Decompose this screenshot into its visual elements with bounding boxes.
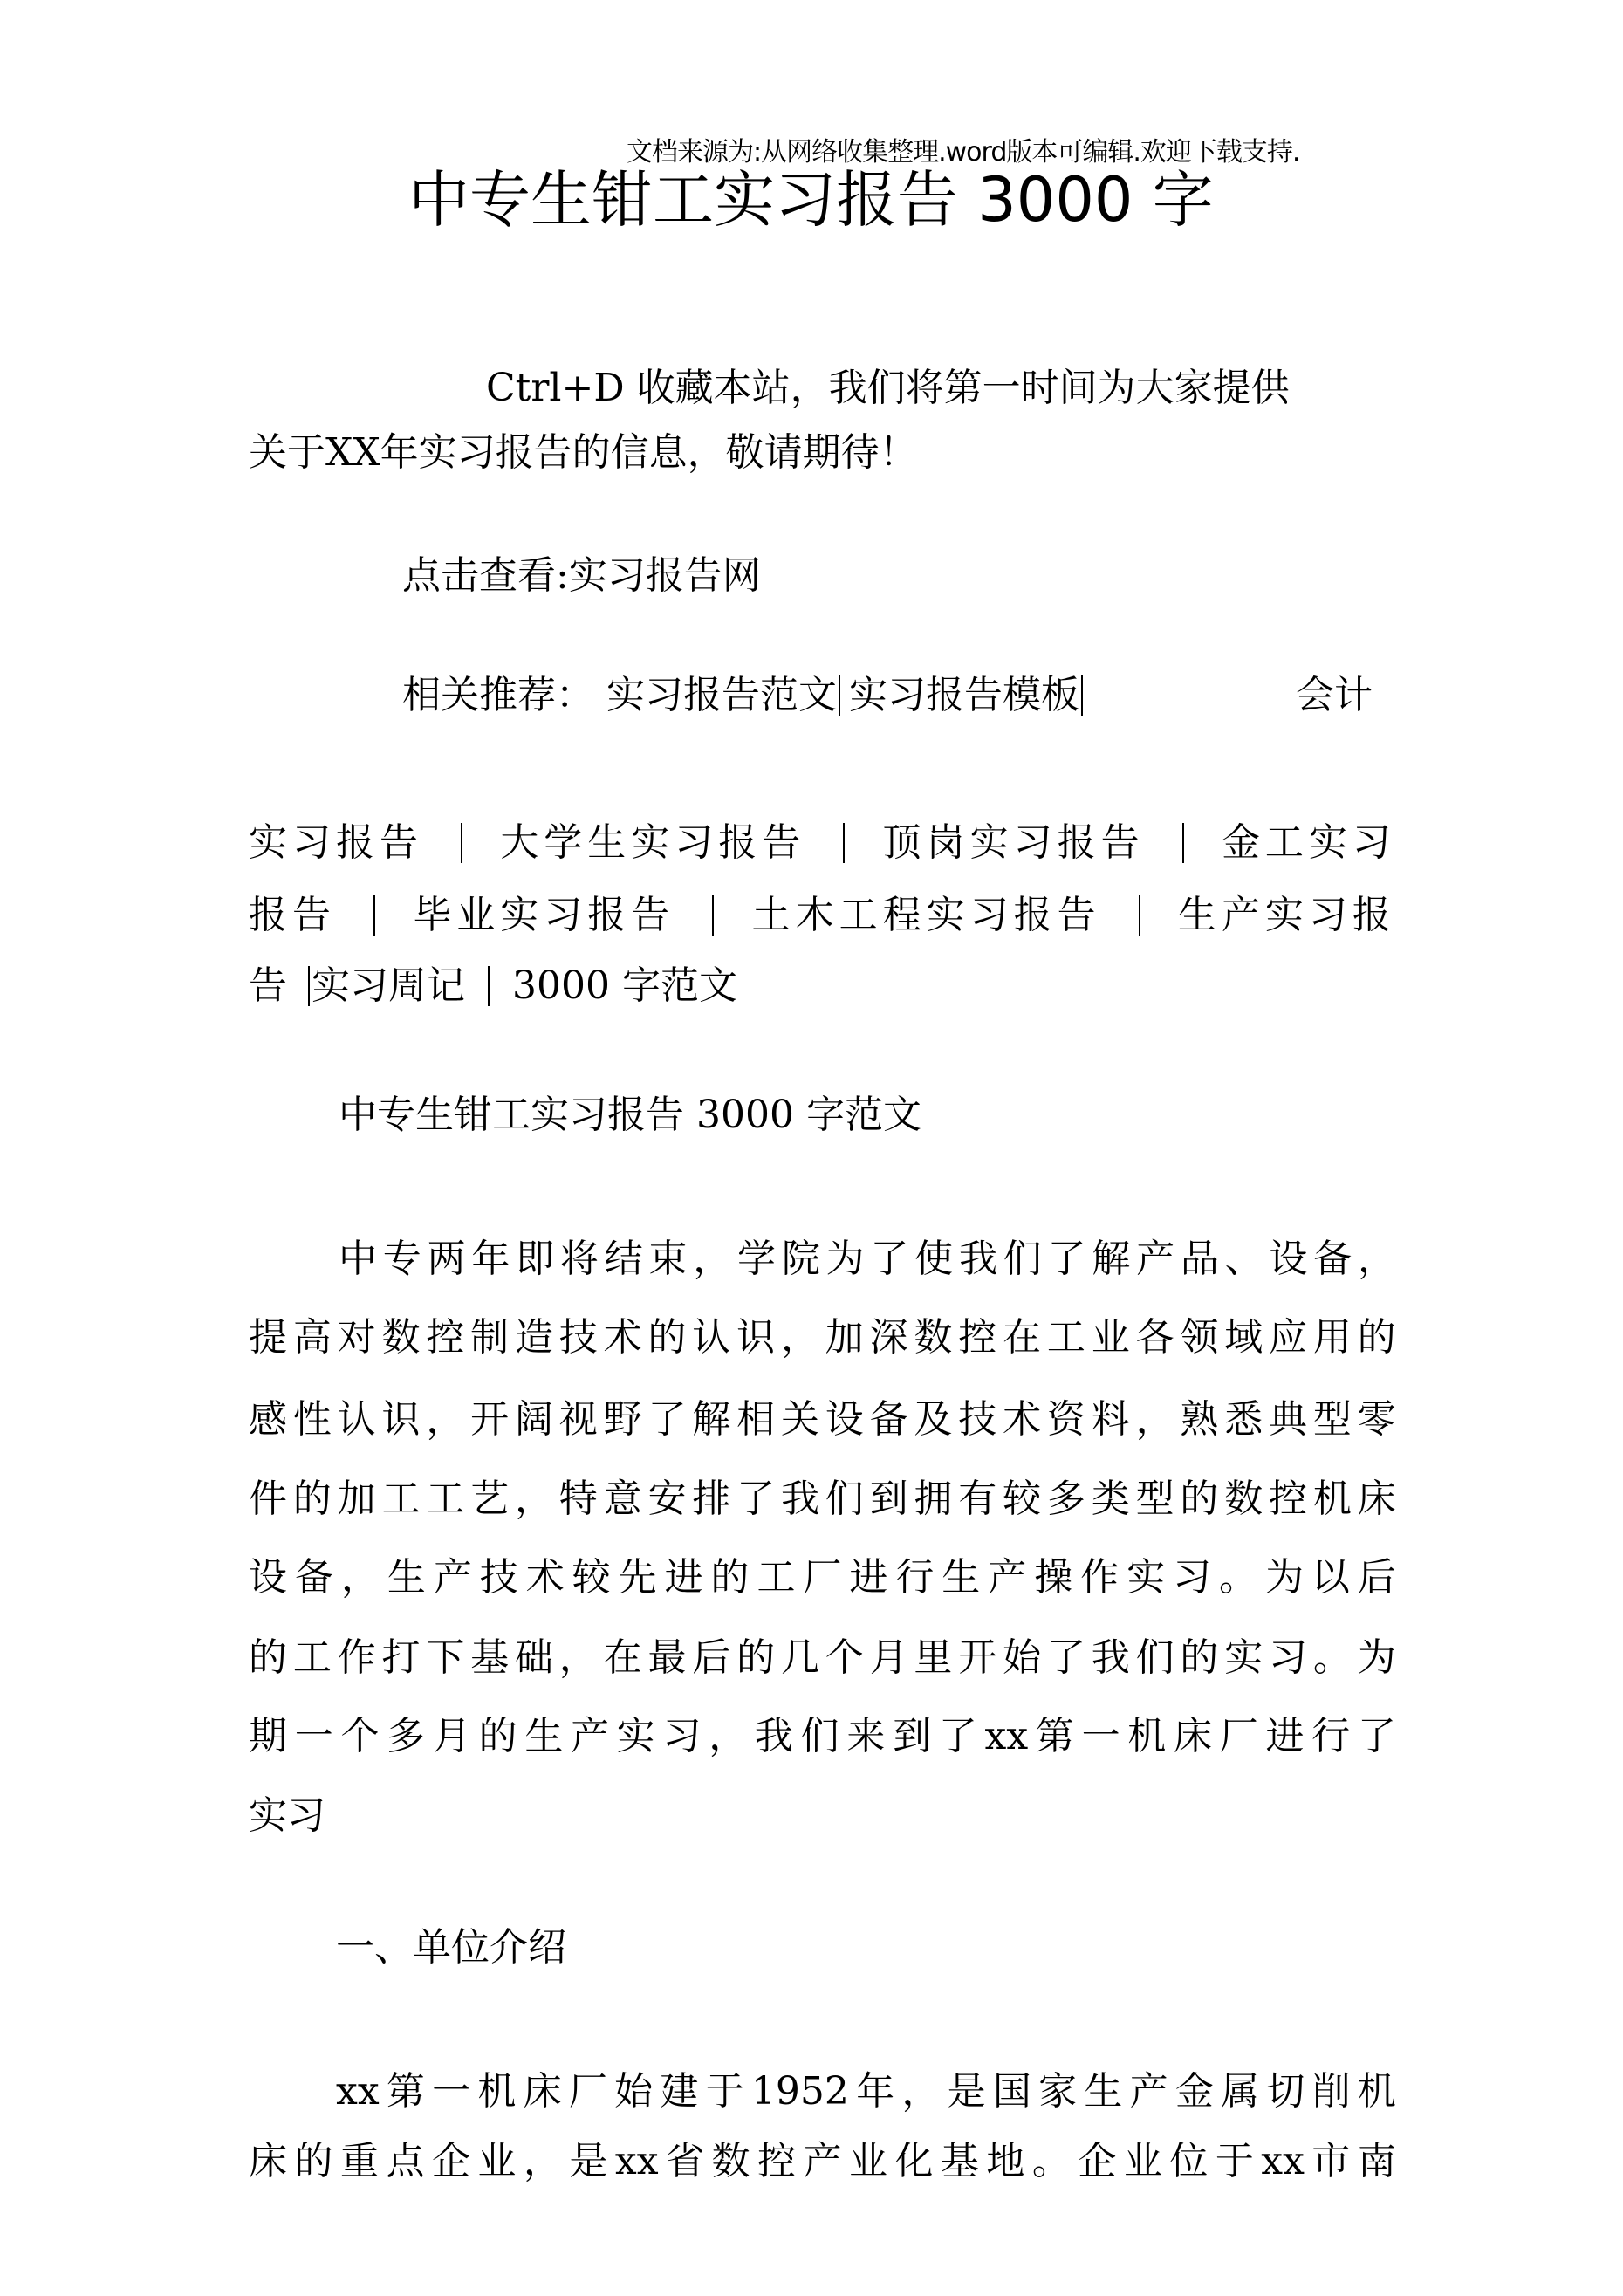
related-link-metalwork-part1[interactable]: 金工实习 — [1222, 817, 1396, 869]
separator — [843, 823, 845, 863]
document-page: 文档来源为:从网络收集整理.word版本可编辑.欢迎下载支持. 中专生钳工实习报… — [0, 0, 1623, 2296]
related-link-3000-word-samples[interactable]: 3000 字范文 — [512, 960, 737, 1012]
related-link-production-part2[interactable]: 告 — [249, 960, 287, 1012]
related-row-4: 告 实习周记 3000 字范文 — [249, 960, 737, 1012]
paragraph-line: 提高对数控制造技术的认识，加深数控在工业各领域应用的 — [249, 1312, 1396, 1364]
document-title: 中专生钳工实习报告 3000 字 — [408, 162, 1229, 237]
separator — [373, 895, 375, 936]
essay-heading: 中专生钳工实习报告 3000 字范文 — [339, 1089, 921, 1141]
related-link-production-part1[interactable]: 生产实习报 — [1178, 889, 1396, 942]
related-link-college-student[interactable]: 大学生实习报告 — [500, 817, 805, 869]
section-heading-unit-intro: 一、单位介绍 — [336, 1922, 566, 1974]
related-link-report-templates[interactable]: 实习报告模板 — [849, 669, 1079, 722]
separator — [1081, 675, 1083, 716]
internship-report-site-link[interactable]: 实习报告网 — [569, 553, 761, 598]
related-row-3: 报告 毕业实习报告 土木工程实习报告 生产实习报 — [249, 889, 1396, 942]
paragraph-line: 感性认识，开阔视野了解相关设备及技术资料，熟悉典型零 — [249, 1394, 1396, 1446]
related-link-accounting-part2[interactable]: 实习报告 — [249, 817, 423, 869]
related-link-report-samples[interactable]: 实习报告范文 — [606, 669, 837, 722]
view-link-label: 点击查看: — [402, 553, 569, 598]
separator — [308, 966, 310, 1006]
paragraph-line: 设备，生产技术较先进的工厂进行生产操作实习。为以后 — [249, 1552, 1396, 1604]
separator — [712, 895, 714, 936]
related-link-civil-engineering[interactable]: 土木工程实习报告 — [752, 889, 1101, 942]
related-link-post-internship[interactable]: 顶岗实习报告 — [883, 817, 1145, 869]
related-link-graduation[interactable]: 毕业实习报告 — [413, 889, 675, 942]
related-link-accounting-part1[interactable]: 会计 — [1296, 669, 1373, 722]
paragraph-line: 期一个多月的生产实习，我们来到了xx第一机床厂进行了 — [249, 1710, 1396, 1763]
paragraph-line: 实习 — [249, 1790, 325, 1842]
intro-line-1: Ctrl+D 收藏本站，我们将第一时间为大家提供 — [486, 362, 1290, 415]
separator — [488, 966, 490, 1006]
separator — [1139, 895, 1140, 936]
related-row-2: 实习报告 大学生实习报告 顶岗实习报告 金工实习 — [249, 817, 1396, 869]
related-link-weekly-journal[interactable]: 实习周记 — [312, 960, 465, 1012]
separator — [1182, 823, 1184, 863]
intro-line-2: 关于XX年实习报告的信息，敬请期待！ — [249, 427, 918, 479]
paragraph-line: 床的重点企业，是xx省数控产业化基地。企业位于xx市南 — [249, 2135, 1396, 2188]
separator — [839, 675, 840, 716]
paragraph-line: 件的加工工艺，特意安排了我们到拥有较多类型的数控机床 — [249, 1473, 1396, 1525]
related-row-1: 相关推荐： 实习报告范文 实习报告模板 会计 — [402, 669, 1373, 722]
paragraph-line: 的工作打下基础，在最后的几个月里开始了我们的实习。为 — [249, 1632, 1396, 1684]
paragraph-line: 中专两年即将结束，学院为了使我们了解产品、设备， — [339, 1233, 1396, 1285]
related-link-metalwork-part2[interactable]: 报告 — [249, 889, 336, 942]
paragraph-line: xx第一机床厂始建于1952年，是国家生产金属切削机 — [336, 2066, 1396, 2118]
separator — [461, 823, 462, 863]
related-label: 相关推荐： — [402, 669, 594, 722]
view-link-line: 点击查看:实习报告网 — [402, 550, 761, 602]
